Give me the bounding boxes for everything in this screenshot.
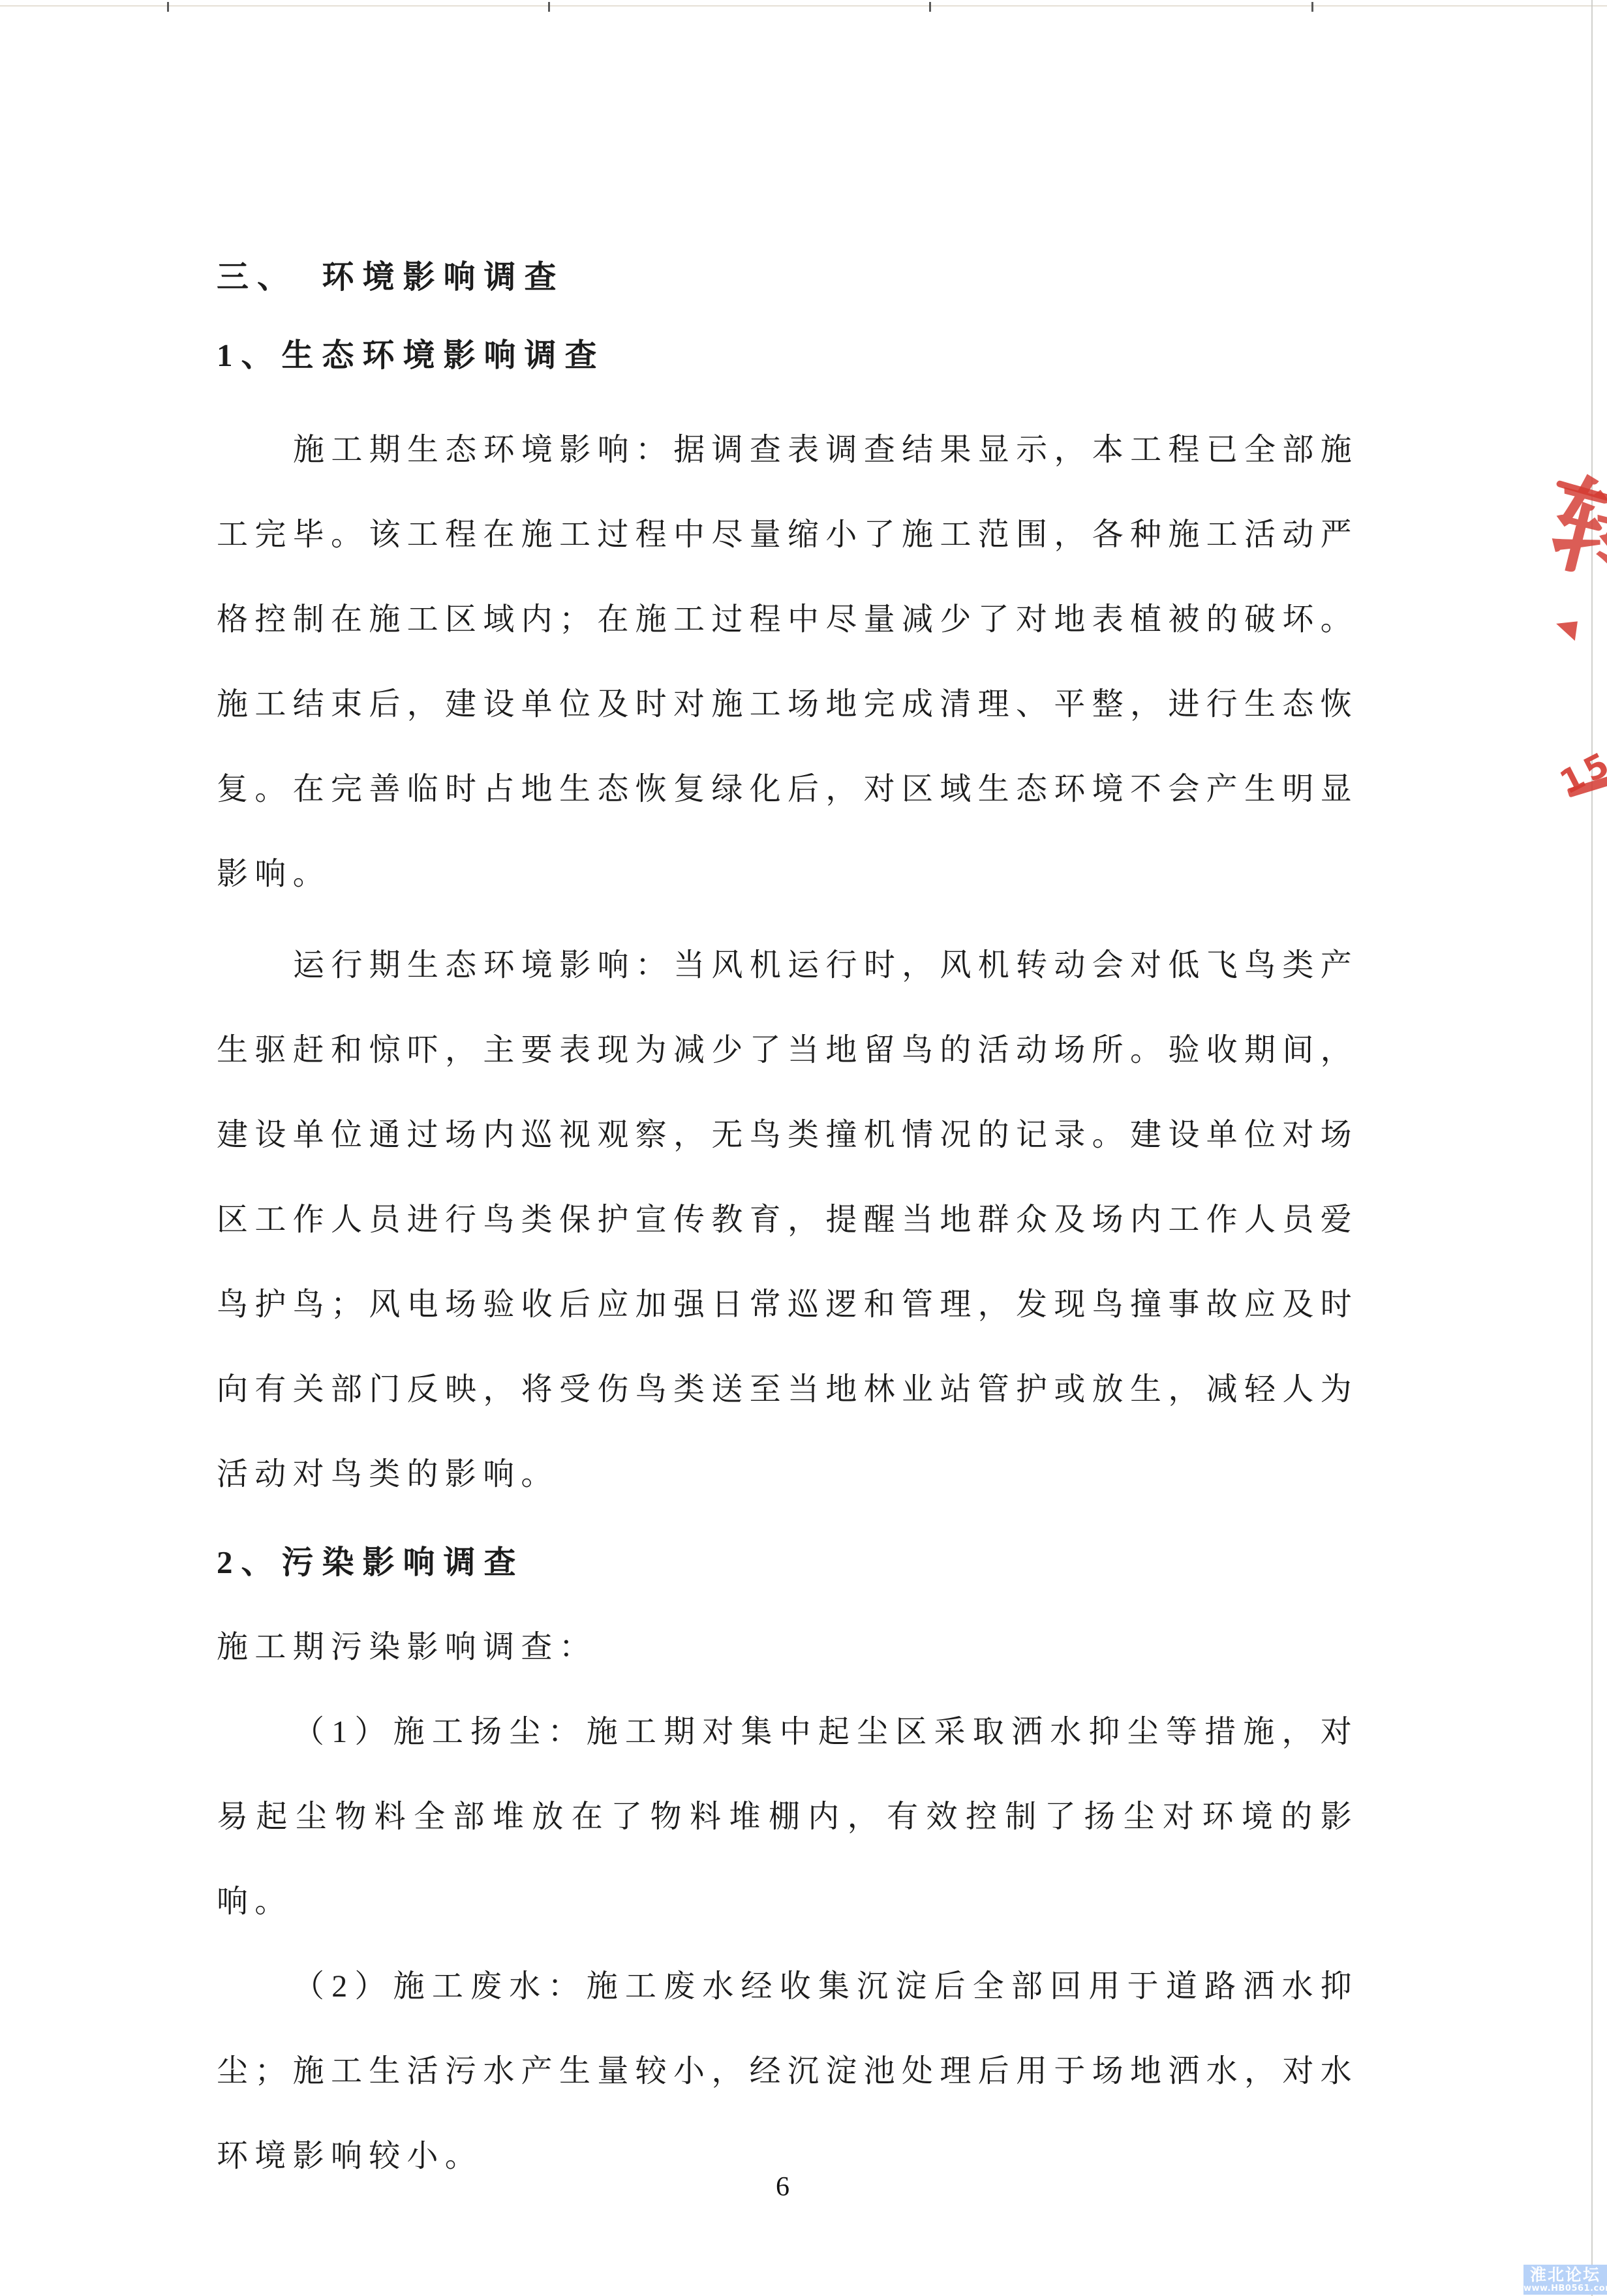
subsection-heading-ecology: 1、生态环境影响调查 xyxy=(217,313,1358,398)
section-heading: 三、 环境影响调查 xyxy=(217,235,1358,320)
para-construction-wastewater: （2）施工废水：施工废水经收集沉淀后全部回用于道路洒水抑尘；施工生活污水产生量较… xyxy=(217,1944,1358,2199)
subsection-heading-pollution: 2、污染影响调查 xyxy=(217,1520,1358,1605)
document-page: 三、 环境影响调查 1、生态环境影响调查 施工期生态环境影响：据调查表调查结果显… xyxy=(0,0,1607,2296)
scan-tick-mark xyxy=(1311,2,1313,12)
scan-right-edge-line xyxy=(1591,0,1593,2296)
scan-tick-mark xyxy=(929,2,931,12)
para-pollution-intro: 施工期污染影响调查： xyxy=(217,1605,1358,1690)
page-number: 6 xyxy=(0,2171,1566,2203)
red-stamp-stroke-fragment xyxy=(1554,619,1578,641)
scan-top-edge-line xyxy=(0,5,1607,7)
scan-tick-mark xyxy=(548,2,550,12)
watermark-site-url: www.HB0561.com xyxy=(1523,2284,1607,2293)
red-stamp-character-fragment: 转 xyxy=(1540,470,1607,597)
watermark-site-name: 淮北论坛 xyxy=(1523,2266,1607,2284)
scan-tick-mark xyxy=(167,2,169,12)
document-body: 三、 环境影响调查 1、生态环境影响调查 施工期生态环境影响：据调查表调查结果显… xyxy=(217,235,1358,2199)
para-operation-ecology: 运行期生态环境影响：当风机运行时，风机转动会对低飞鸟类产生驱赶和惊吓，主要表现为… xyxy=(217,923,1358,1517)
watermark-badge: 淮北论坛 www.HB0561.com xyxy=(1523,2265,1607,2295)
para-construction-dust: （1）施工扬尘：施工期对集中起尘区采取洒水抑尘等措施，对易起尘物料全部堆放在了物… xyxy=(217,1690,1358,1944)
para-construction-ecology: 施工期生态环境影响：据调查表调查结果显示，本工程已全部施工完毕。该工程在施工过程… xyxy=(217,408,1358,917)
